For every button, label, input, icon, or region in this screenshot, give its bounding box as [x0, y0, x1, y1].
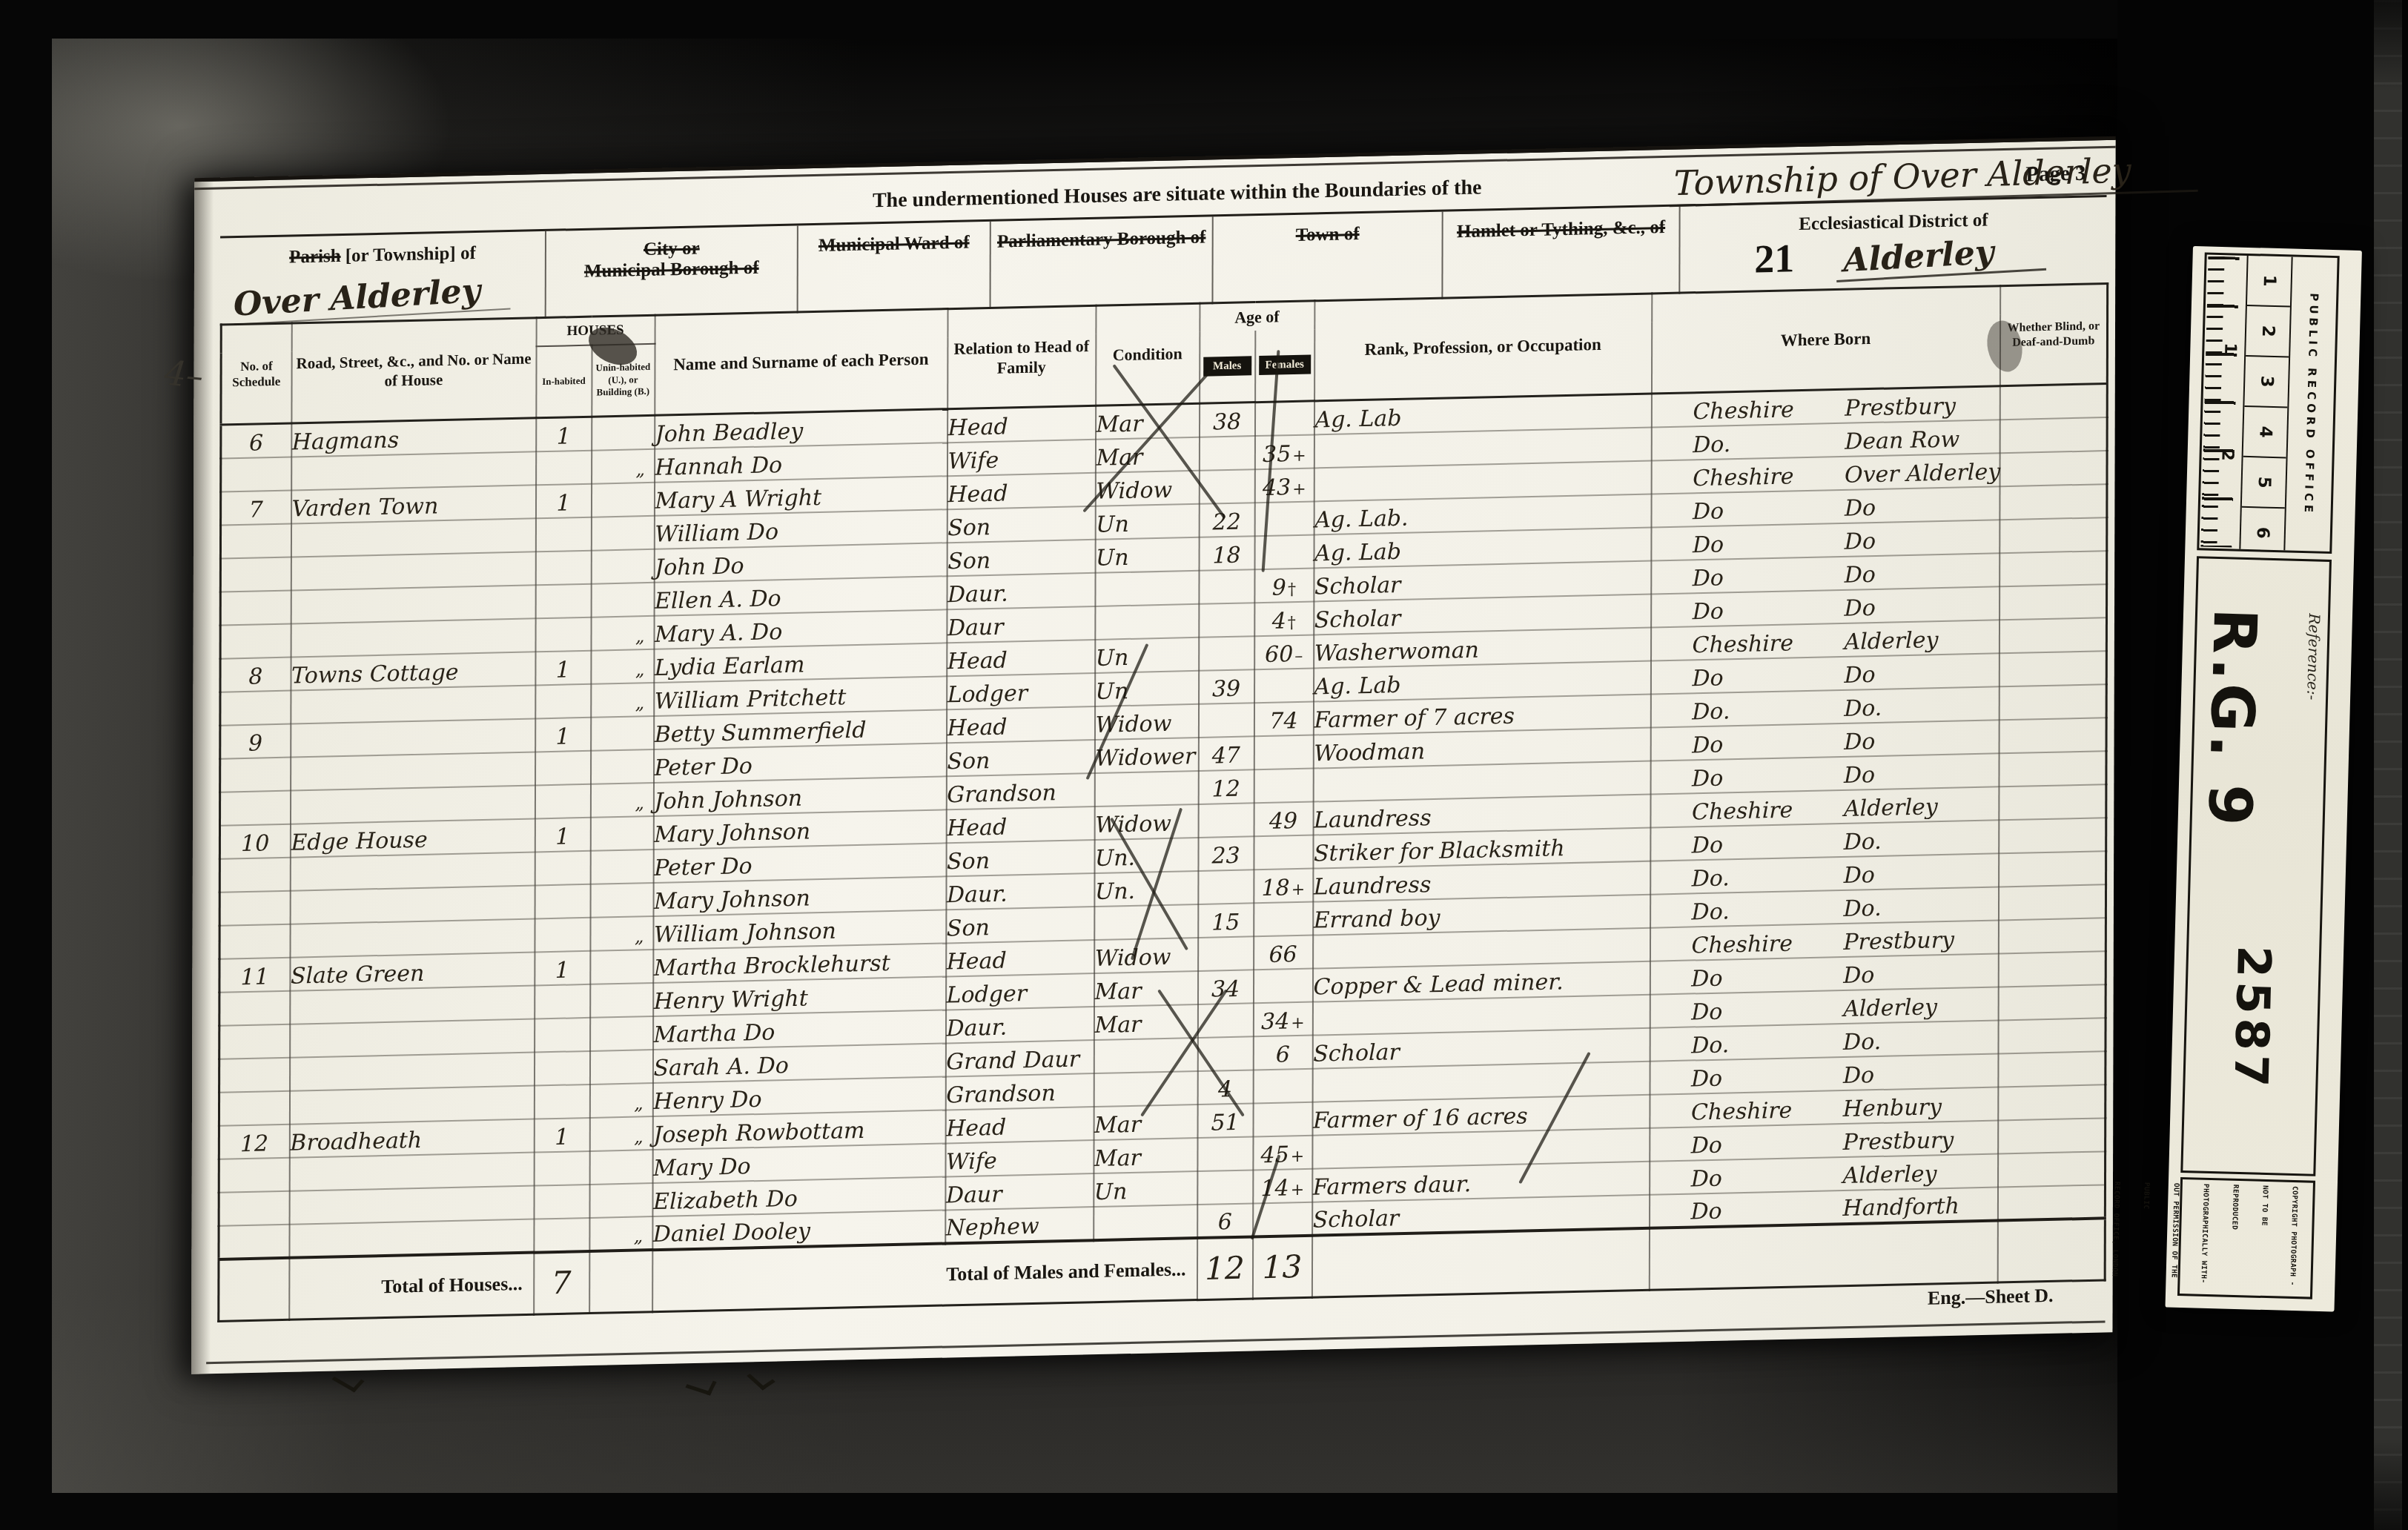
field-city-borough: City or Municipal Borough of [546, 226, 798, 319]
record-series-number: R.G. 9 [2194, 607, 2269, 861]
cell-inhabited [535, 917, 590, 952]
cell-age-male: 23 [1198, 836, 1254, 871]
cell-age-female [1253, 1068, 1312, 1103]
cell-blind [1999, 617, 2106, 653]
cell-relation: Daur. [946, 873, 1094, 910]
born-place: Do [1845, 494, 1876, 521]
cell-blind [1998, 984, 2106, 1020]
ruler-cm-number: 5 [2254, 476, 2273, 489]
cell-age-female: 49 [1254, 801, 1313, 836]
born-place: Do [1844, 728, 1875, 755]
cell-relation: Son [947, 506, 1095, 542]
females-label: Females [1259, 355, 1311, 375]
cell-relation: Lodger [946, 973, 1094, 1010]
cell-schedule: 11 [219, 957, 290, 992]
pro-label-strip: 1 2 123456 PUBLIC RECORD OFFICE Referenc… [2166, 246, 2362, 1311]
cell-blind [1998, 918, 2106, 953]
cell-relation: Wife [947, 439, 1095, 475]
col-header-females: Females [1255, 329, 1314, 403]
form-title: The undermentioned Houses are situate wi… [873, 176, 1482, 213]
born-county: Do. [1693, 431, 1845, 456]
cell-inhabited [535, 984, 590, 1019]
cell-uninhabited [589, 1150, 652, 1185]
cell-inhabited [534, 1217, 589, 1252]
cell-condition: Un [1095, 670, 1199, 706]
col-header-inhabited: In-habited [536, 345, 592, 418]
cell-schedule [219, 857, 290, 892]
cell-house [291, 518, 535, 557]
cell-schedule: 12 [219, 1124, 289, 1159]
ruler-cm-column: 123456 [2239, 256, 2292, 550]
ruler-cm-number: 3 [2257, 375, 2276, 388]
census-table: No. of Schedule Road, Street, &c., and N… [217, 282, 2108, 1322]
cell-blind [1999, 751, 2106, 786]
cell-relation: Head [946, 806, 1094, 842]
born-county: Do [1693, 497, 1845, 523]
cell-age-male: 47 [1198, 736, 1254, 771]
born-county: Do [1693, 564, 1845, 589]
ruler-inch-number: 2 [2217, 449, 2236, 461]
cell-schedule [220, 690, 291, 725]
cell-age-female: 45+ [1253, 1135, 1312, 1170]
cell-condition [1094, 1205, 1197, 1240]
cell-condition: Mar [1094, 971, 1198, 1007]
cell-blind [1999, 851, 2106, 887]
total-females-value: 13 [1252, 1235, 1311, 1299]
born-place: Prestbury [1845, 393, 1956, 421]
cell-age-male [1198, 803, 1254, 838]
cell-age-male [1197, 1036, 1253, 1071]
cell-uninhabited [590, 916, 653, 951]
ruler-cm-cell: 3 [2244, 357, 2289, 408]
ruler-cm-cell: 1 [2247, 256, 2292, 307]
cell-age-female [1254, 401, 1314, 436]
cell-inhabited [534, 1150, 589, 1185]
cell-age-female: 14+ [1253, 1168, 1312, 1203]
cell-schedule [219, 924, 290, 958]
ruler-cm-number: 1 [2260, 274, 2279, 287]
cell-inhabited [536, 450, 592, 485]
born-place: Alderley [1843, 1161, 1937, 1189]
cell-age-female [1254, 901, 1313, 936]
pro-office-name: PUBLIC RECORD OFFICE [2285, 257, 2337, 552]
cell-blind [1999, 584, 2107, 620]
cell-uninhabited [591, 682, 654, 717]
cell-inhabited [535, 550, 591, 585]
cell-relation: Head [947, 472, 1095, 509]
cell-inhabited [534, 1084, 589, 1119]
born-place: Prestbury [1843, 1127, 1954, 1155]
cell-schedule [220, 790, 291, 825]
ruler-cm-cell: 2 [2246, 306, 2290, 357]
cell-age-male: 12 [1198, 769, 1254, 804]
cell-uninhabited [591, 615, 654, 650]
cell-age-male [1198, 936, 1254, 971]
cell-house [290, 918, 535, 957]
born-place: Alderley [1844, 627, 1938, 655]
cell-blind [1999, 784, 2106, 820]
cell-age-female [1254, 835, 1313, 870]
cell-uninhabited [590, 782, 653, 817]
field-parl-label: Parliamentary Borough of [997, 228, 1205, 252]
field-parish-rest: [or Township] of [345, 243, 476, 266]
cell-house [289, 1085, 534, 1124]
ruler-cm-number: 6 [2253, 526, 2272, 539]
cell-age-male: 15 [1198, 903, 1254, 938]
cell-age-male [1199, 436, 1254, 471]
field-ecclesiastical-district: Ecclesiastical District of 21 Alderley [1680, 197, 2106, 294]
cell-house: Broadheath [289, 1119, 534, 1157]
cell-inhabited: 1 [534, 1117, 589, 1152]
cell-blind [1998, 1051, 2106, 1087]
cell-blind [1999, 384, 2107, 420]
cell-uninhabited [590, 983, 653, 1018]
cell-uninhabited [589, 1083, 652, 1118]
born-place: Do [1844, 862, 1875, 889]
cell-relation: Grandson [945, 1073, 1094, 1110]
cell-inhabited [535, 617, 591, 652]
cell-inhabited [535, 683, 591, 718]
cell-inhabited: 1 [535, 817, 590, 852]
cell-house: Towns Cottage [291, 652, 535, 690]
born-county: Do [1692, 731, 1844, 756]
born-county: Cheshire [1693, 397, 1845, 423]
col-header-condition: Condition [1096, 303, 1200, 405]
cell-age-male [1198, 870, 1254, 904]
field-parish-struck: Parish [289, 246, 341, 268]
cell-house [291, 718, 535, 757]
col-header-males: Males [1200, 331, 1255, 404]
cell-schedule: 7 [221, 490, 291, 525]
cell-schedule [219, 990, 290, 1025]
cell-blind [1999, 651, 2106, 686]
cell-uninhabited [590, 815, 653, 850]
cell-blind [1999, 551, 2107, 586]
cell-house [291, 618, 535, 657]
cell-blind [1998, 1151, 2106, 1187]
born-county: Cheshire [1693, 631, 1845, 656]
cell-age-female: 35+ [1254, 434, 1314, 469]
cell-blind [1999, 484, 2107, 520]
cell-schedule [220, 523, 291, 558]
col-header-born: Where Born [1651, 286, 1999, 394]
cell-relation: Son [946, 739, 1094, 775]
total-houses-value: 7 [534, 1251, 589, 1314]
totals-empty [1311, 1228, 1649, 1297]
cell-age-male: 38 [1199, 403, 1254, 437]
born-county: Do [1692, 664, 1844, 689]
cell-house [289, 1152, 534, 1190]
cell-house [291, 451, 536, 490]
cell-condition: Un [1095, 637, 1199, 672]
cell-condition: Un [1095, 537, 1199, 572]
pro-copyright-section: COPYRIGHT PHOTOGRAPH - NOT TO BE REPRODU… [2177, 1177, 2315, 1299]
cell-blind [1998, 951, 2106, 987]
col-header-relation: Relation to Head of Family [947, 305, 1096, 408]
cell-condition: Widow [1094, 804, 1198, 839]
born-place: Do [1844, 661, 1875, 688]
cell-age-female [1254, 735, 1313, 769]
born-county: Do [1692, 764, 1844, 789]
cell-age-female: 60– [1254, 635, 1314, 669]
cell-house: Hagmans [291, 418, 536, 457]
cell-house [291, 752, 535, 790]
cell-age-female [1254, 501, 1314, 536]
cell-inhabited: 1 [535, 950, 590, 985]
cell-schedule [219, 1157, 289, 1192]
col-header-age-group: Age of [1200, 301, 1314, 331]
cell-age-female: 74 [1254, 701, 1313, 736]
cell-condition: Un. [1094, 837, 1198, 872]
cell-house [291, 685, 535, 723]
cell-relation: Nephew [945, 1207, 1094, 1243]
cell-uninhabited [592, 448, 655, 483]
born-county: Do [1691, 999, 1843, 1024]
pro-reference-section: Reference:- R.G. 9 2587 [2180, 556, 2332, 1176]
cell-age-female: 43+ [1254, 468, 1314, 503]
cell-inhabited [535, 517, 591, 552]
ruler-major-ticks [2200, 256, 2239, 548]
cell-schedule [220, 557, 291, 592]
cell-age-male: 6 [1197, 1203, 1253, 1238]
cell-schedule [220, 590, 291, 625]
cell-schedule [219, 1090, 289, 1125]
cell-uninhabited [591, 649, 654, 683]
ruler-cm-number: 2 [2258, 325, 2278, 337]
cell-house [291, 552, 535, 590]
cell-house [290, 1019, 535, 1057]
born-county: Cheshire [1693, 464, 1845, 489]
ecclesiastical-value-handwritten: Alderley [1836, 231, 2047, 282]
cell-age-male: 22 [1199, 503, 1254, 537]
cell-condition: Widower [1094, 737, 1198, 772]
born-place: Do. [1843, 1028, 1881, 1055]
cell-inhabited [535, 750, 591, 785]
field-town: Town of [1213, 212, 1443, 305]
cell-inhabited [534, 1050, 589, 1085]
cell-age-female [1254, 668, 1314, 703]
cell-relation: Head [947, 639, 1095, 675]
cell-schedule [219, 1190, 289, 1225]
cell-age-female: 66 [1254, 935, 1313, 970]
film-edge-stripe [2374, 0, 2402, 1530]
cell-blind [1997, 1185, 2105, 1220]
field-parliamentary-borough: Parliamentary Borough of [991, 216, 1214, 309]
cell-age-male: 18 [1199, 536, 1254, 571]
born-place: Do. [1844, 895, 1882, 921]
cell-inhabited: 1 [535, 717, 591, 752]
cell-age-female: 6 [1253, 1035, 1312, 1070]
born-county: Do. [1692, 898, 1844, 923]
parish-value-handwritten: Over Alderley [233, 271, 511, 325]
cell-inhabited [535, 850, 590, 885]
cell-schedule [219, 890, 290, 925]
pro-office-text: PUBLIC RECORD OFFICE [2302, 293, 2321, 516]
cell-relation: Grand Daur [945, 1040, 1094, 1076]
cell-schedule: 10 [219, 824, 290, 858]
cell-inhabited [535, 884, 590, 918]
census-table-body: 6Hagmans1John BeadleyHeadMar38Ag. LabChe… [219, 384, 2107, 1259]
cell-schedule [220, 623, 291, 658]
cell-relation: Wife [945, 1140, 1094, 1176]
born-place: Alderley [1843, 994, 1937, 1022]
cell-relation: Grandson [946, 772, 1094, 809]
ruler-cm-cell: 5 [2242, 457, 2286, 509]
reference-note-handwritten: Reference:- [2300, 613, 2323, 807]
col-header-schedule: No. of Schedule [221, 323, 291, 425]
ruler-inch-number: 1 [2220, 342, 2239, 354]
cell-blind [1999, 417, 2107, 453]
cell-house [289, 1219, 534, 1257]
cell-age-male: 51 [1197, 1103, 1253, 1138]
born-place: Dean Row [1845, 426, 1959, 454]
cell-blind [1998, 1118, 2106, 1153]
cell-age-male [1199, 569, 1254, 604]
cell-inhabited: 1 [536, 417, 592, 451]
cell-inhabited [534, 1184, 589, 1219]
total-males-value: 12 [1197, 1236, 1252, 1300]
born-county: Do [1693, 597, 1845, 623]
field-parish: Parish [or Township] of Over Alderley [220, 231, 546, 326]
cell-age-male: 39 [1199, 669, 1254, 704]
born-place: Do [1845, 561, 1876, 588]
cell-relation: Daur [945, 1173, 1094, 1210]
cell-house [289, 1185, 534, 1224]
cell-age-male [1199, 636, 1254, 671]
born-place: Henbury [1843, 1094, 1942, 1122]
cell-condition [1094, 1071, 1197, 1107]
cell-condition [1094, 770, 1198, 806]
cell-house [290, 852, 535, 890]
cell-house [290, 885, 535, 924]
cell-condition [1095, 603, 1199, 639]
record-piece-number: 2587 [2222, 945, 2281, 1154]
cell-age-female: 18+ [1254, 868, 1313, 903]
cell-schedule: 8 [220, 657, 291, 692]
cell-age-male [1198, 703, 1254, 738]
cell-uninhabited [589, 1050, 652, 1084]
cell-inhabited: 1 [535, 650, 591, 685]
cell-age-female: 34+ [1253, 1001, 1312, 1036]
cell-uninhabited [591, 549, 654, 583]
field-city-line1: City or [644, 238, 700, 259]
totals-empty [219, 1257, 289, 1321]
born-county: Cheshire [1692, 798, 1844, 823]
cell-age-female [1253, 1102, 1312, 1136]
ruler-cm-number: 4 [2255, 425, 2275, 438]
cell-age-male [1199, 469, 1254, 504]
cell-house [290, 1052, 535, 1090]
born-place: Do [1845, 528, 1876, 554]
born-county: Do [1691, 1065, 1843, 1090]
cell-uninhabited [590, 1016, 653, 1051]
born-county: Do. [1692, 698, 1844, 723]
cell-blind [1998, 884, 2106, 920]
copyright-notice: COPYRIGHT PHOTOGRAPH - NOT TO BE REPRODU… [2183, 1183, 2309, 1293]
cell-schedule: 9 [220, 723, 291, 758]
cell-blind [1999, 517, 2107, 553]
field-eccl-label: Ecclesiastical District of [1799, 211, 1988, 235]
born-county: Cheshire [1691, 931, 1843, 956]
cell-relation: Daur [947, 606, 1095, 642]
margin-pencil-annotation: 4– [162, 352, 205, 396]
col-header-occupation: Rank, Profession, or Occupation [1314, 294, 1652, 401]
cell-condition [1095, 570, 1199, 606]
cell-blind [1999, 718, 2106, 753]
cell-relation: Son [947, 539, 1095, 575]
born-place: Do [1843, 1062, 1874, 1089]
cell-uninhabited [589, 1116, 652, 1151]
cell-age-female: 9† [1254, 568, 1314, 603]
cell-relation: Daur. [947, 572, 1095, 609]
cell-blind [1998, 1018, 2106, 1053]
born-place: Do [1843, 962, 1874, 989]
cell-relation: Daur. [945, 1007, 1094, 1043]
cell-blind [1999, 451, 2107, 486]
cell-condition: Widow [1095, 470, 1199, 506]
cell-house [290, 985, 535, 1024]
field-municipal-ward: Municipal Ward of [798, 222, 991, 314]
cell-age-male [1199, 603, 1254, 637]
cell-house: Slate Green [290, 952, 535, 990]
cell-house [291, 585, 535, 623]
page-number: Page 3 [2025, 162, 2085, 188]
born-place: Handforth [1842, 1193, 1959, 1221]
cell-uninhabited [590, 849, 653, 884]
cell-house [290, 785, 535, 824]
ecclesiastical-number-stamp: 21 [1754, 235, 1794, 282]
cell-relation: Head [947, 405, 1096, 442]
cell-schedule [219, 1024, 290, 1059]
cell-inhabited [535, 583, 591, 618]
cell-house: Varden Town [291, 485, 536, 523]
males-label: Males [1203, 357, 1251, 377]
born-place: Do [1844, 762, 1875, 789]
born-place: Do [1845, 595, 1876, 621]
field-ward-label: Municipal Ward of [818, 232, 970, 255]
born-county: Do. [1691, 1032, 1843, 1057]
total-houses-label: Total of Houses... [289, 1252, 534, 1319]
stage: The undermentioned Houses are situate wi… [0, 0, 2408, 1530]
cell-schedule [219, 1224, 289, 1259]
cell-uninhabited [590, 882, 653, 917]
cell-schedule: 6 [221, 423, 291, 458]
cell-schedule [219, 1057, 290, 1092]
cell-relation: Head [946, 940, 1094, 976]
field-hamlet-label: Hamlet or Tything, &c., of [1457, 217, 1665, 242]
cell-uninhabited [591, 515, 654, 550]
pro-ruler: 1 2 123456 PUBLIC RECORD OFFICE [2197, 252, 2339, 554]
cell-uninhabited [590, 950, 653, 984]
col-header-house: Road, Street, &c., and No. or Name of Ho… [291, 318, 536, 423]
totals-empty [589, 1250, 652, 1314]
cell-inhabited: 1 [535, 483, 591, 518]
cell-age-female: 4† [1254, 601, 1314, 636]
cell-relation: Lodger [947, 672, 1095, 709]
cell-uninhabited [591, 749, 654, 784]
cell-age-female [1253, 968, 1312, 1003]
born-county: Do. [1692, 864, 1844, 890]
col-header-name: Name and Surname of each Person [655, 309, 947, 416]
born-county: Cheshire [1691, 1099, 1843, 1124]
born-place: Prestbury [1843, 927, 1954, 955]
sheet-designation: Eng.—Sheet D. [1928, 1285, 2054, 1310]
born-place: Do. [1844, 828, 1882, 855]
born-place: Do. [1844, 695, 1882, 721]
cell-uninhabited [592, 415, 655, 450]
cell-age-male [1197, 1170, 1253, 1205]
cell-uninhabited [589, 1183, 652, 1218]
